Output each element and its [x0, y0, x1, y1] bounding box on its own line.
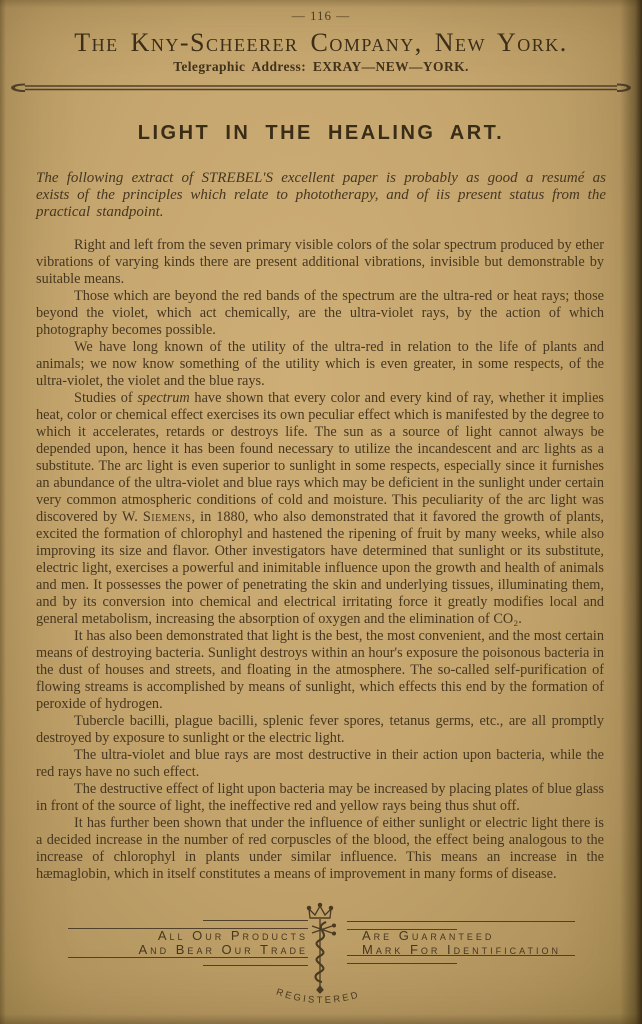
article-body: Right and left from the seven primary vi… [36, 237, 604, 883]
paragraph: We have long known of the utility of the… [36, 339, 604, 390]
registered-arc-text: REGISTERED [262, 984, 382, 1016]
trademark-emblem-icon [296, 902, 348, 994]
footer-right-line2: Mark For Identification [362, 942, 561, 957]
paragraph: Right and left from the seven primary vi… [36, 237, 604, 288]
footer-trademark-band: All Our Products And Bear Our Trade Are … [0, 902, 642, 1020]
footer-left-line1: All Our Products [158, 928, 308, 943]
paragraph: Studies of spectrum have shown that ever… [36, 390, 604, 628]
company-name: The Kny-Scheerer Company, New York. [0, 28, 642, 58]
paragraph: It has further been shown that under the… [36, 815, 604, 883]
paragraph: The destructive effect of light upon bac… [36, 781, 604, 815]
svg-text:REGISTERED: REGISTERED [275, 987, 362, 1006]
paragraph: Tubercle bacilli, plague bacilli, spleni… [36, 713, 604, 747]
rule-left-curl-icon [11, 84, 25, 93]
footer-rule [68, 957, 308, 958]
intro-abstract: The following extract of STREBEL'S excel… [36, 170, 606, 221]
catalog-page: — 116 — The Kny-Scheerer Company, New Yo… [0, 0, 642, 1024]
article-title: LIGHT IN THE HEALING ART. [0, 122, 642, 145]
page-number: — 116 — [0, 0, 642, 24]
paragraph: Those which are beyond the red bands of … [36, 288, 604, 339]
double-rule-ornament [9, 82, 633, 94]
footer-rule [347, 963, 457, 964]
footer-rule [203, 965, 308, 966]
footer-left-line2: And Bear Our Trade [138, 942, 308, 957]
rule-right-curl-icon [617, 84, 631, 93]
footer-rule [203, 920, 308, 921]
paragraph: The ultra-violet and blue rays are most … [36, 747, 604, 781]
crown-icon [307, 903, 332, 918]
footer-right-line1: Are Guaranteed [362, 928, 494, 943]
footer-rule [347, 921, 575, 922]
paragraph: It has also been demonstrated that light… [36, 628, 604, 713]
telegraphic-address: Telegraphic Address: EXRAY—NEW—YORK. [0, 59, 642, 75]
